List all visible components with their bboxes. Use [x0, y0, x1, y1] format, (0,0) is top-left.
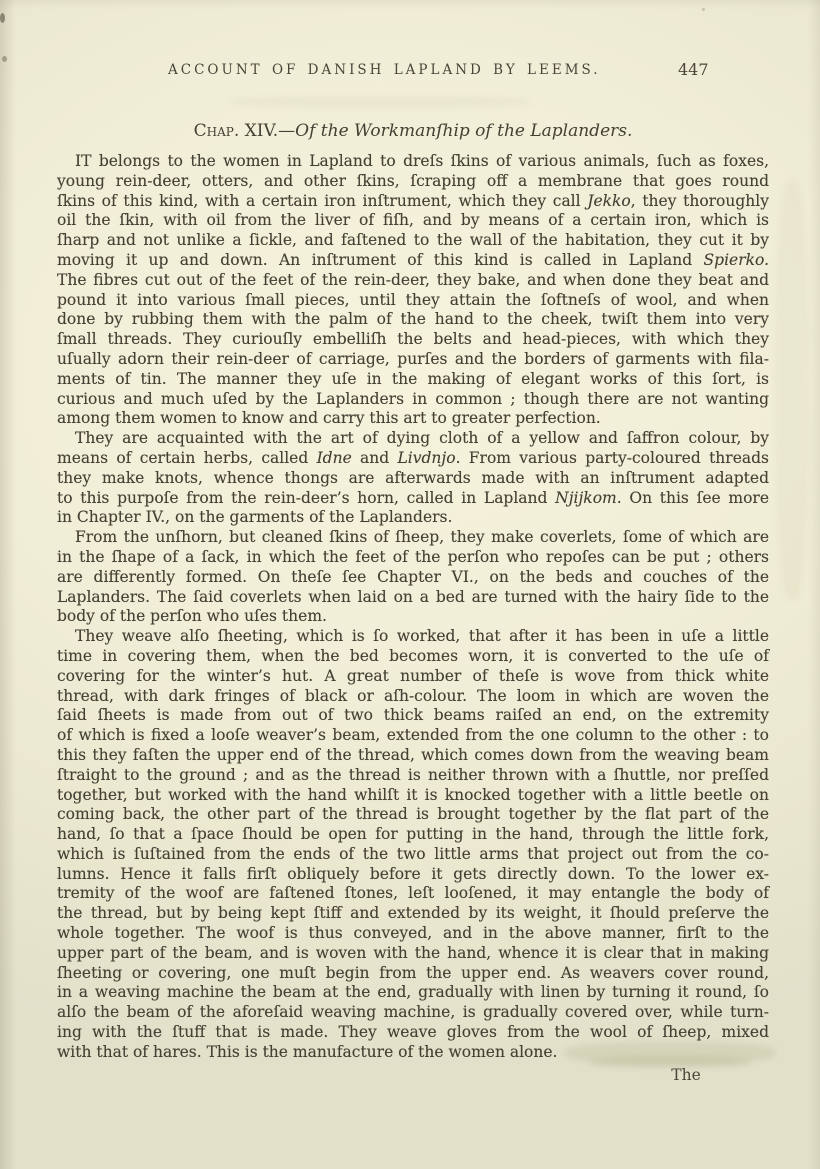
text-line: the thread, but by being kept ſtiff and …: [57, 904, 769, 924]
text-line: this they faſten the upper end of the th…: [57, 746, 769, 766]
body-text: IT belongs to the women in Lapland to dr…: [57, 152, 769, 1063]
text-line: ſmall threads. They curiouſly embelliſh …: [57, 330, 769, 350]
paragraph: IT belongs to the women in Lapland to dr…: [57, 152, 769, 429]
text-line: IT belongs to the women in Lapland to dr…: [57, 152, 769, 172]
text-line: of which is fixed a looſe weaver’s beam,…: [57, 726, 769, 746]
paragraph: They are acquainted with the art of dyin…: [57, 429, 769, 528]
text-line: ſtraight to the ground ; and as the thre…: [57, 766, 769, 786]
text-line: are differently formed. On theſe ſee Cha…: [57, 568, 769, 588]
text-line: From the unſhorn, but cleaned ſkins of ſ…: [57, 528, 769, 548]
chapter-title: Of the Workmanſhip of the Laplanders.: [295, 121, 632, 141]
text-line: hand, ſo that a ſpace ſhould be open for…: [57, 825, 769, 845]
text-line: which is ſuſtained from the ends of the …: [57, 845, 769, 865]
text-line: together, but worked with the hand whilſ…: [57, 786, 769, 806]
book-page: ACCOUNT OF DANISH LAPLAND BY LEEMS. 447 …: [0, 0, 820, 1169]
text-line: alſo the beam of the aforeſaid weaving m…: [57, 1003, 769, 1023]
text-line: means of certain herbs, called Idne and …: [57, 449, 769, 469]
text-line: in the ſhape of a ſack, in which the fee…: [57, 548, 769, 568]
text-line: thread, with dark fringes of black or aſ…: [57, 687, 769, 707]
text-line: moving it up and down. An inſtrument of …: [57, 251, 769, 271]
text-line: done by rubbing them with the palm of th…: [57, 310, 769, 330]
chapter-dash: —: [278, 121, 295, 141]
text-line: pound it into various ſmall pieces, unti…: [57, 291, 769, 311]
text-line: tremity of the woof are faſtened ſtones,…: [57, 884, 769, 904]
page-number: 447: [678, 60, 709, 79]
chapter-label: Chap. XIV.: [194, 121, 279, 141]
text-line: time in covering them, when the bed beco…: [57, 647, 769, 667]
text-line: The fibres cut out of the feet of the re…: [57, 271, 769, 291]
chapter-heading: Chap. XIV.—Of the Workmanſhip of the Lap…: [57, 121, 769, 141]
running-title: ACCOUNT OF DANISH LAPLAND BY LEEMS.: [168, 62, 601, 78]
text-line: covering for the winter’s hut. A great n…: [57, 667, 769, 687]
text-line: body of the perſon who uſes them.: [57, 607, 769, 627]
text-line: in Chapter IV., on the garments of the L…: [57, 508, 769, 528]
text-line: whole together. The woof is thus conveye…: [57, 924, 769, 944]
bleed-through-mark: [775, 180, 809, 600]
text-line: among them women to know and carry this …: [57, 409, 769, 429]
text-line: Laplanders. The ſaid coverlets when laid…: [57, 588, 769, 608]
text-line: to this purpoſe from the rein-deer’s hor…: [57, 489, 769, 509]
text-line: They weave alſo ſheeting, which is ſo wo…: [57, 627, 769, 647]
text-line: They are acquainted with the art of dyin…: [57, 429, 769, 449]
text-line: ſkins of this kind, with a certain iron …: [57, 192, 769, 212]
text-line: young rein-deer, otters, and other ſkins…: [57, 172, 769, 192]
text-line: curious and much uſed by the Laplanders …: [57, 390, 769, 410]
text-line: coming back, the other part of the threa…: [57, 805, 769, 825]
text-line: ſaid ſheets is made from out of two thic…: [57, 706, 769, 726]
text-line: in a weaving machine the beam at the end…: [57, 983, 769, 1003]
text-line: ing with the ſtuff that is made. They we…: [57, 1023, 769, 1043]
bleed-through-mark: [230, 96, 530, 108]
paragraph: They weave alſo ſheeting, which is ſo wo…: [57, 627, 769, 1063]
paragraph: From the unſhorn, but cleaned ſkins of ſ…: [57, 528, 769, 627]
text-line: uſually adorn their rein-deer of carriag…: [57, 350, 769, 370]
paper-speck: [0, 13, 5, 23]
running-header: ACCOUNT OF DANISH LAPLAND BY LEEMS. 447: [0, 62, 820, 84]
text-line: they make knots, whence thongs are after…: [57, 469, 769, 489]
text-line: oil the ſkin, with oil from the liver of…: [57, 211, 769, 231]
text-line: ments of tin. The manner they uſe in the…: [57, 370, 769, 390]
catchword: The: [655, 1066, 717, 1084]
text-line: ſharp and not unlike a ſickle, and faſte…: [57, 231, 769, 251]
text-line: with that of hares. This is the manufact…: [57, 1043, 769, 1063]
paper-speck: [702, 8, 705, 11]
text-line: ſheeting or covering, one muſt begin fro…: [57, 964, 769, 984]
text-line: upper part of the beam, and is woven wit…: [57, 944, 769, 964]
text-line: lumns. Hence it falls firſt obliquely be…: [57, 865, 769, 885]
